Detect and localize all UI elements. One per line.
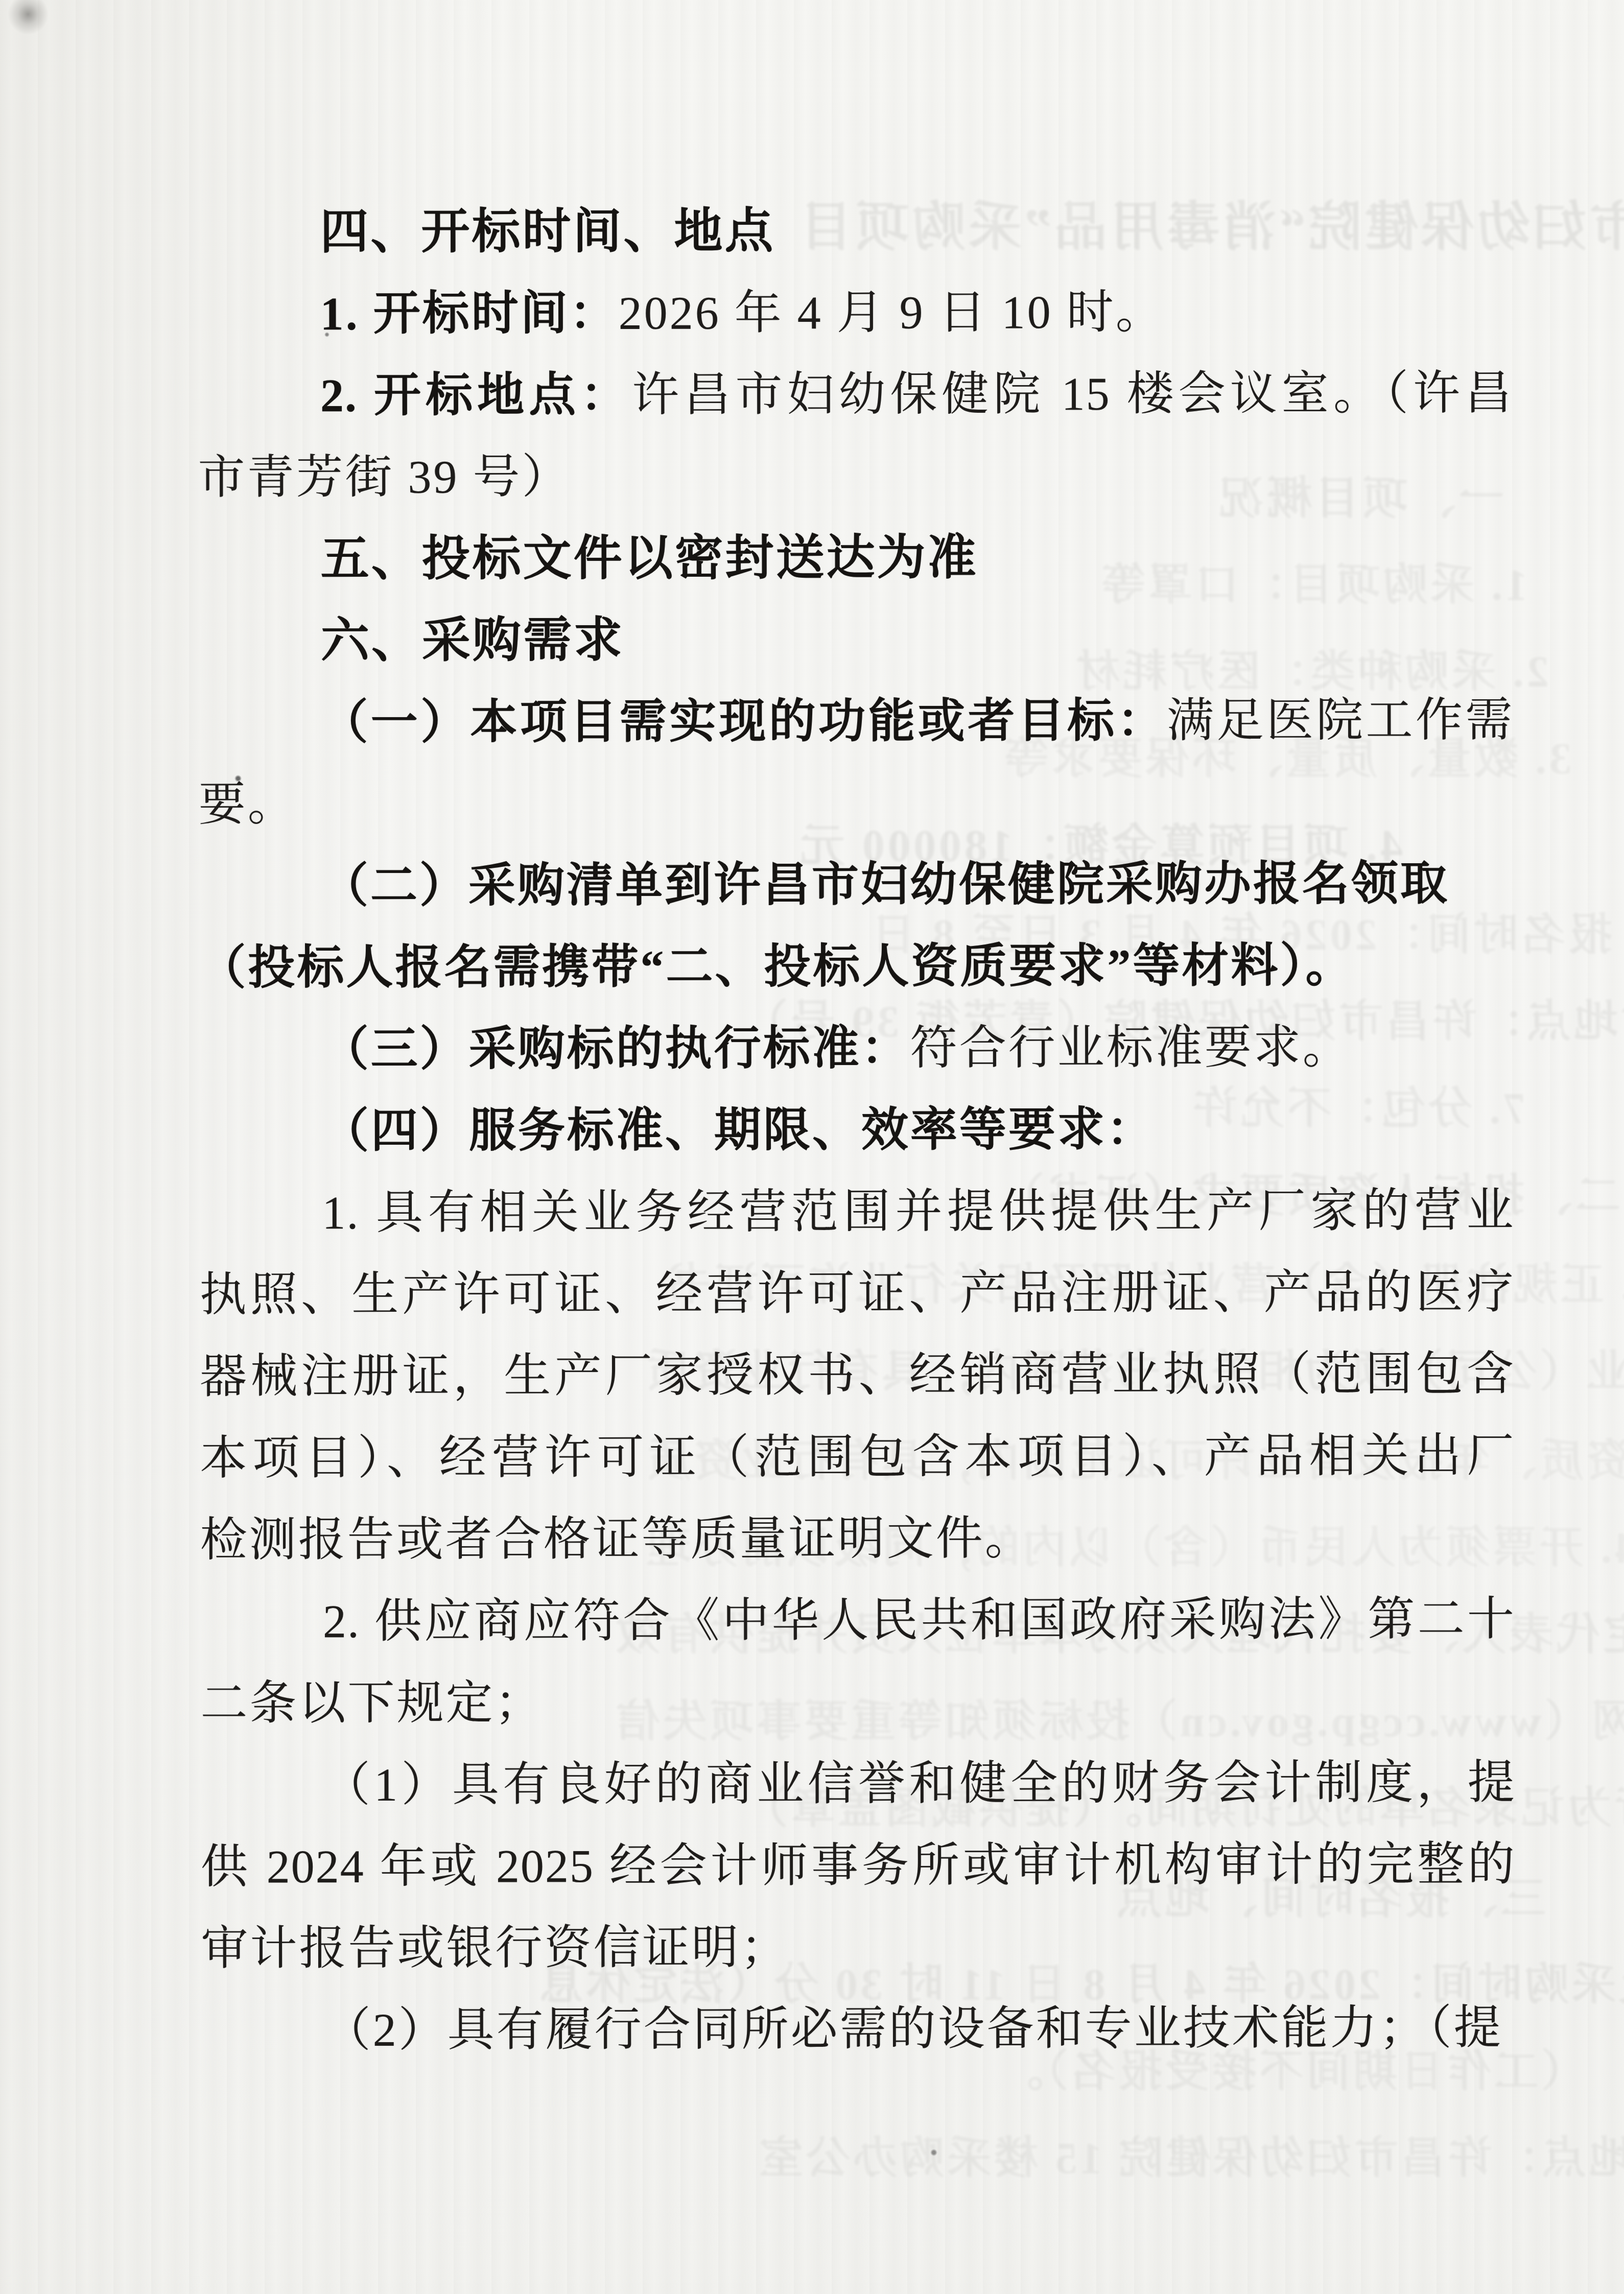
line-text: 本项目）、经营许可证（范围包含本项目）、产品相关出厂 bbox=[200, 1429, 1515, 1484]
doc-line: 2. 供应商应符合《中华人民共和国政府采购法》第二十 bbox=[200, 1578, 1515, 1662]
doc-line: 器械注册证，生产厂家授权书、经销商营业执照（范围包含 bbox=[200, 1333, 1515, 1417]
line-bold-label: （三）采购标的执行标准： bbox=[322, 1022, 910, 1075]
line-text: 供 2024 年或 2025 经会计师事务所或审计机构审计的完整的 bbox=[201, 1838, 1516, 1893]
line-text: 执照、生产许可证、经营许可证、产品注册证、产品的医疗 bbox=[200, 1266, 1515, 1320]
line-bold-label: 五、投标文件以密封送达为准 bbox=[321, 530, 978, 586]
line-text: 2026 年 4 月 9 日 10 时。 bbox=[619, 286, 1165, 339]
line-text: 要。 bbox=[199, 778, 297, 830]
doc-line: （二）采购清单到许昌市妇幼保健院采购办报名领取 bbox=[199, 842, 1514, 927]
line-text: 2. 供应商应符合《中华人民共和国政府采购法》第二十 bbox=[323, 1593, 1515, 1647]
bleed-through-text: 2. 地点：许昌市妇幼保健院 15 楼采购办公室 bbox=[756, 2122, 1624, 2186]
line-text: 市青芳街 39 号） bbox=[198, 451, 571, 504]
doc-line: 审计报告或银行资信证明； bbox=[201, 1905, 1516, 1989]
line-bold-label: 2. 开标地点： bbox=[320, 369, 632, 421]
doc-line: 执照、生产许可证、经营许可证、产品注册证、产品的医疗 bbox=[200, 1251, 1515, 1335]
doc-line: 1. 具有相关业务经营范围并提供提供生产厂家的营业 bbox=[199, 1169, 1514, 1254]
line-bold-label: （四）服务标准、期限、效率等要求： bbox=[322, 1103, 1156, 1157]
document-text: 四、开标时间、地点1. 开标时间：2026 年 4 月 9 日 10 时。2. … bbox=[197, 188, 1516, 2071]
section-heading: 四、开标时间、地点 bbox=[197, 188, 1512, 273]
doc-line: 要。 bbox=[198, 761, 1513, 845]
doc-line: 市青芳街 39 号） bbox=[198, 434, 1513, 518]
line-text: 二条以下规定； bbox=[200, 1676, 544, 1729]
doc-line: （三）采购标的执行标准：符合行业标准要求。 bbox=[199, 1006, 1514, 1090]
line-bold-label: （二）采购清单到许昌市妇幼保健院采购办报名领取 bbox=[321, 858, 1449, 912]
section-heading: 六、采购需求 bbox=[198, 597, 1513, 681]
doc-line: （一）本项目需实现的功能或者目标：满足医院工作需 bbox=[198, 679, 1513, 763]
line-bold-label: 四、开标时间、地点 bbox=[320, 204, 775, 259]
line-bold-label: 六、采购需求 bbox=[321, 613, 624, 668]
line-text: 检测报告或者合格证等质量证明文件。 bbox=[200, 1512, 1034, 1566]
doc-line: 1. 开标时间：2026 年 4 月 9 日 10 时。 bbox=[197, 270, 1512, 354]
scanned-page: 许昌市妇幼保健院“消毒用品”采购项目一、项目概况1. 采购项目：口罩等2. 采购… bbox=[0, 0, 1624, 2294]
doc-line: （四）服务标准、期限、效率等要求： bbox=[199, 1087, 1514, 1172]
section-heading: 五、投标文件以密封送达为准 bbox=[198, 515, 1513, 600]
doc-line: 二条以下规定； bbox=[200, 1660, 1515, 1744]
doc-line: 供 2024 年或 2025 经会计师事务所或审计机构审计的完整的 bbox=[201, 1823, 1516, 1907]
line-text: 审计报告或银行资信证明； bbox=[201, 1921, 789, 1974]
line-text: （1）具有良好的商业信誉和健全的财务会计制度，提 bbox=[323, 1756, 1516, 1811]
line-text: 满足医院工作需 bbox=[1167, 694, 1514, 746]
line-bold-label: （一）本项目需实现的功能或者目标： bbox=[321, 695, 1167, 748]
line-bold-label: 1. 开标时间： bbox=[320, 287, 619, 340]
line-text: 1. 具有相关业务经营范围并提供提供生产厂家的营业 bbox=[322, 1184, 1514, 1239]
line-text: （2）具有履行合同所必需的设备和专业技术能力；（提 bbox=[324, 2001, 1503, 2056]
line-bold-label: （投标人报名需携带“二、投标人资质要求”等材料）。 bbox=[199, 939, 1354, 994]
doc-line: 检测报告或者合格证等质量证明文件。 bbox=[200, 1496, 1515, 1580]
line-text: 许昌市妇幼保健院 15 楼会议室。（许昌 bbox=[632, 367, 1513, 421]
doc-line: 本项目）、经营许可证（范围包含本项目）、产品相关出厂 bbox=[200, 1414, 1515, 1499]
doc-line: （1）具有良好的商业信誉和健全的财务会计制度，提 bbox=[201, 1741, 1516, 1826]
doc-line: （投标人报名需携带“二、投标人资质要求”等材料）。 bbox=[199, 924, 1514, 1008]
line-text: 器械注册证，生产厂家授权书、经销商营业执照（范围包含 bbox=[200, 1347, 1515, 1402]
line-text: 符合行业标准要求。 bbox=[910, 1021, 1352, 1074]
doc-line: 2. 开标地点：许昌市妇幼保健院 15 楼会议室。（许昌 bbox=[198, 352, 1513, 436]
doc-line: （2）具有履行合同所必需的设备和专业技术能力；（提 bbox=[201, 1986, 1516, 2071]
